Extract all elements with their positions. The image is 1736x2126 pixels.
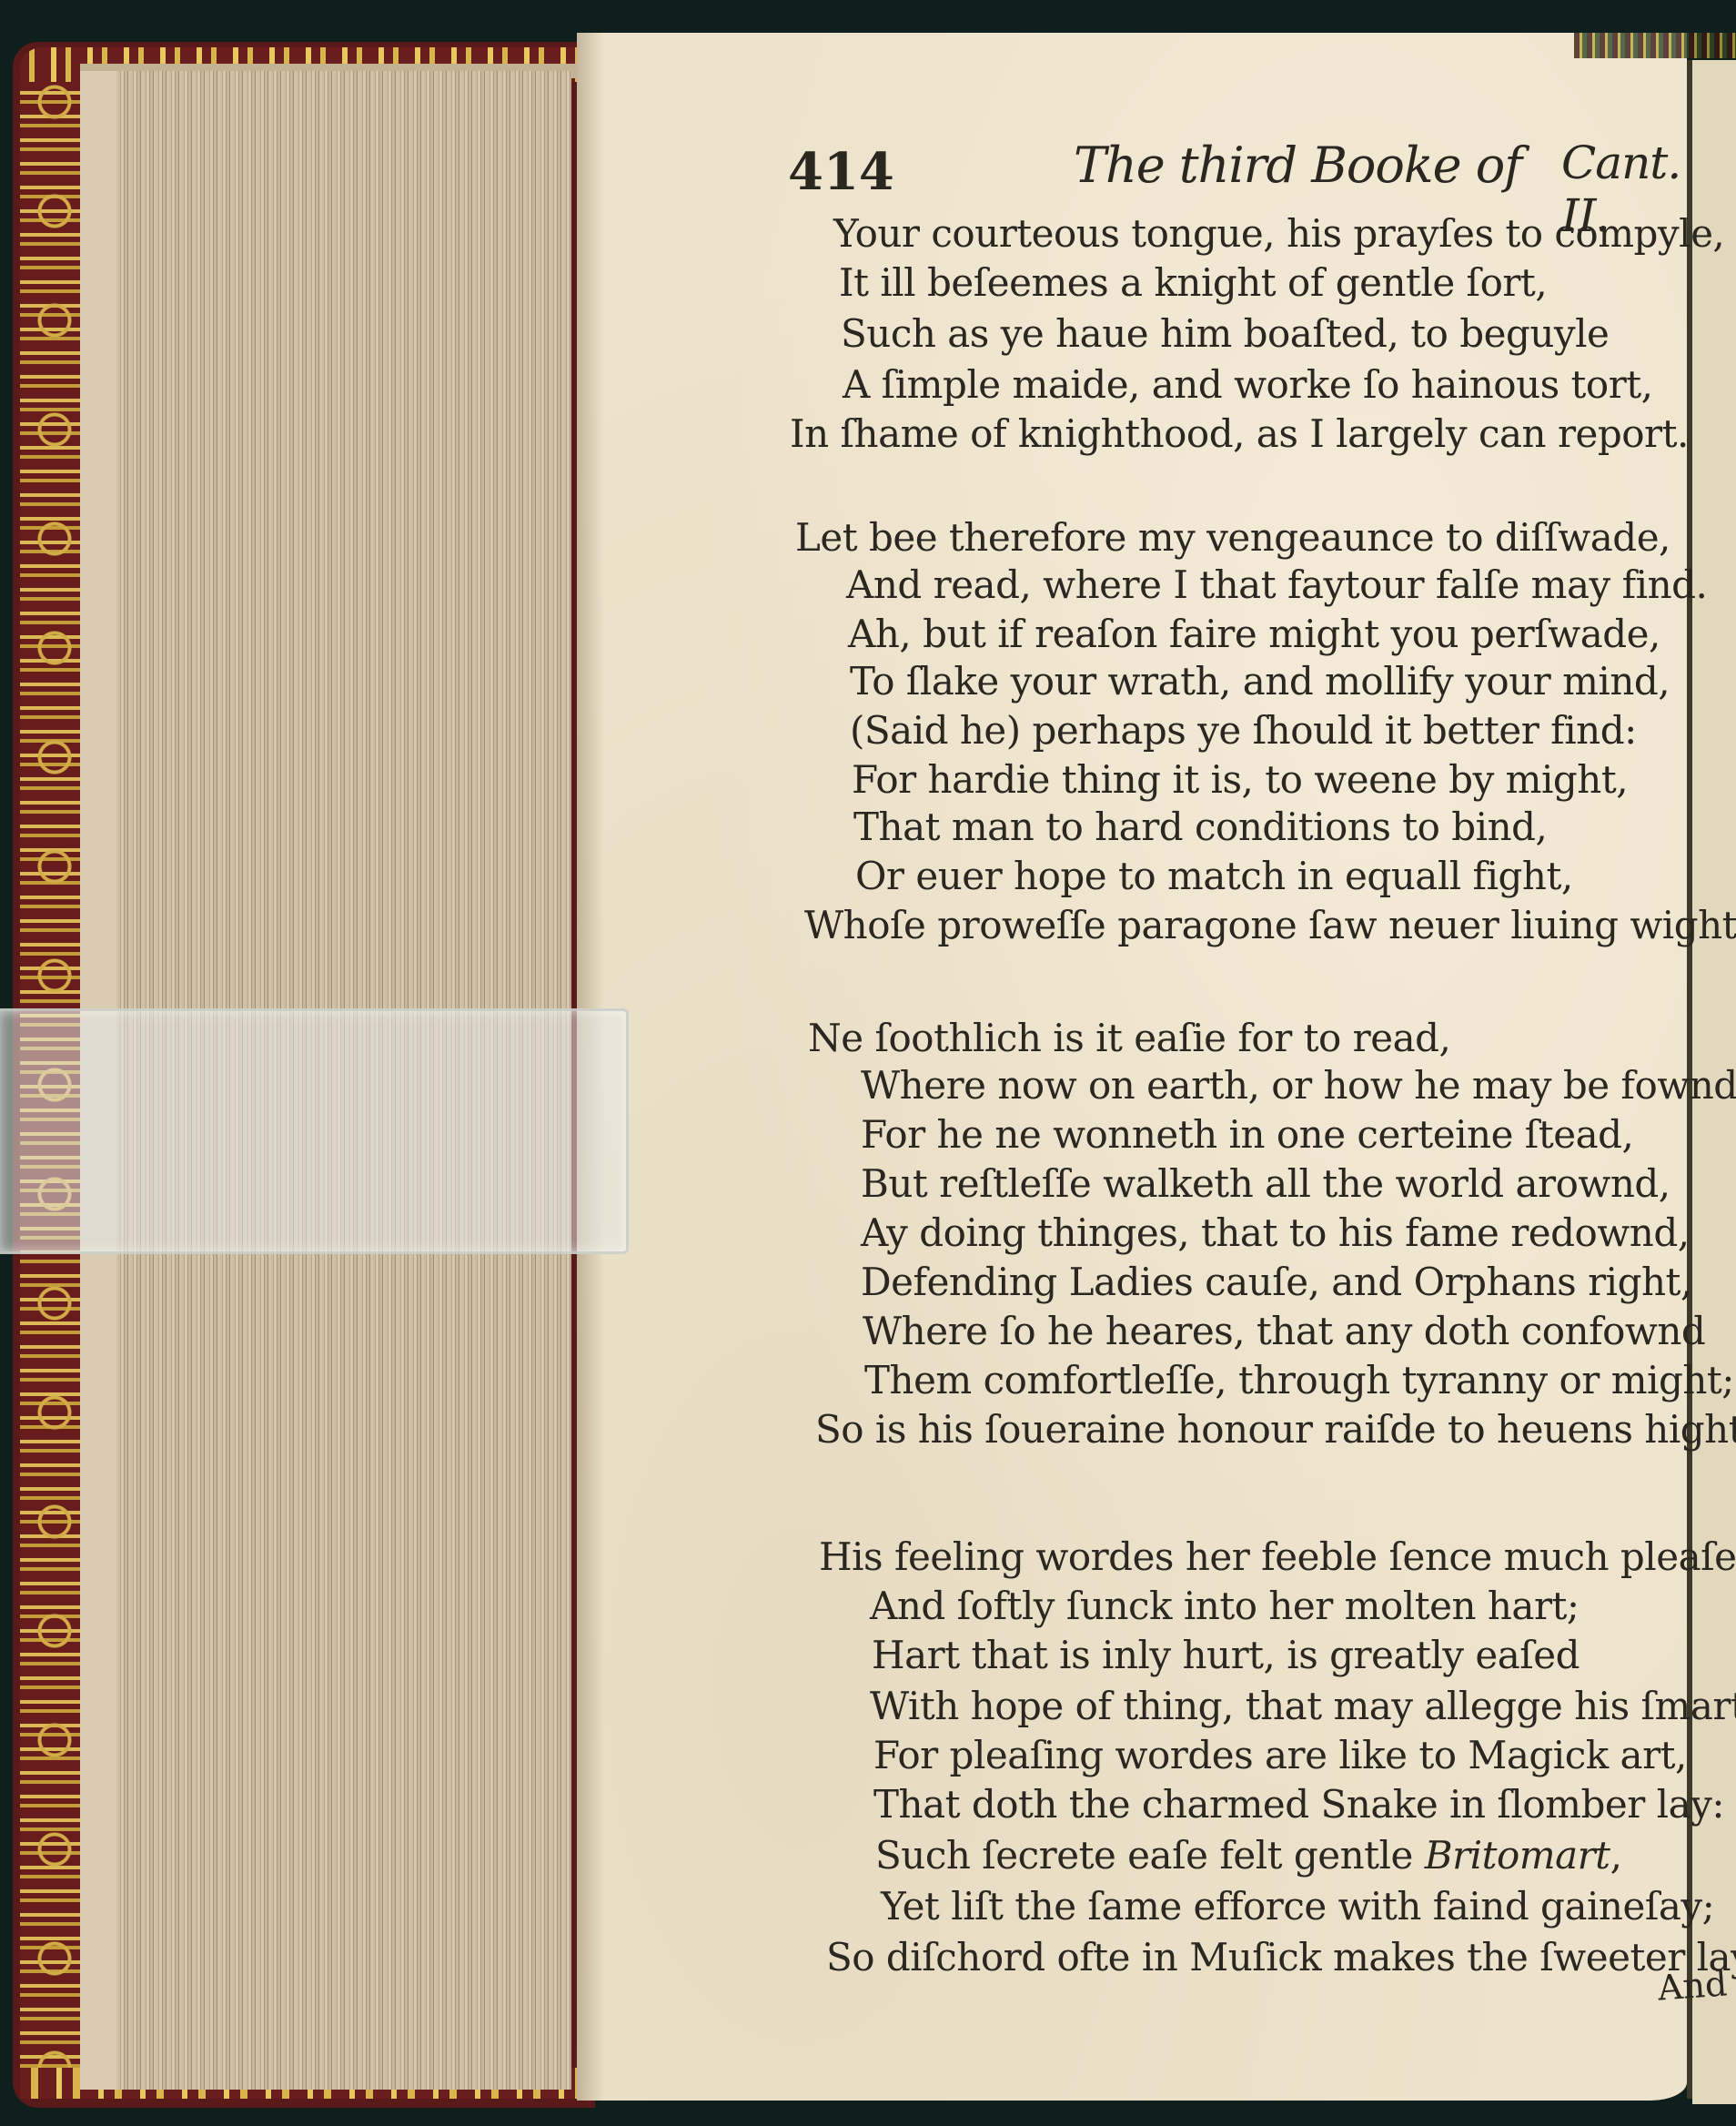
verse-line: That doth the charmed Snake in ſlomber l… [873, 1786, 1724, 1824]
verse-line: Where ſo he heares, that any doth confow… [863, 1312, 1705, 1351]
page-text: 414 The third Booke of Cant. II. Your co… [0, 0, 1736, 2126]
catchword: And [1657, 1963, 1729, 2008]
verse-line: Or euer hope to match in equall fight, [855, 857, 1573, 896]
verse-line: Such as ye haue him boaſted, to beguyle [841, 315, 1609, 353]
verse-line: Defending Ladies cauſe, and Orphans righ… [861, 1263, 1692, 1301]
italic-name-britomart: Britomart [1425, 1833, 1610, 1878]
verse-text: Such ſecrete eaſe felt gentle [875, 1833, 1425, 1878]
verse-line: (Said he) perhaps ye ſhould it better fi… [850, 712, 1637, 750]
verse-line: Ah, but if reaſon faire might you perſwa… [848, 615, 1660, 653]
running-title: The third Booke of [1074, 137, 1521, 194]
verse-line: Such ſecrete eaſe felt gentle Britomart, [875, 1837, 1621, 1875]
verse-line: With hope of thing, that may allegge his… [870, 1687, 1736, 1726]
verse-line: Your courteous tongue, his prayſes to co… [833, 215, 1724, 253]
verse-line: A ſimple maide, and worke ſo hainous tor… [843, 366, 1653, 404]
verse-line: Hart that is inly hurt, is greatly eaſed [872, 1636, 1580, 1675]
verse-line: For he ne wonneth in one certeine ſtead, [861, 1116, 1633, 1154]
page-number: 414 [788, 142, 894, 202]
verse-line: In ſhame of knighthood, as I largely can… [790, 415, 1689, 453]
verse-line: His feeling wordes her feeble ſence much… [819, 1538, 1736, 1576]
verse-line: Where now on earth, or how he may be fow… [861, 1067, 1736, 1105]
verse-line: To ſlake your wrath, and mollify your mi… [850, 663, 1670, 701]
verse-line: For pleaſing wordes are like to Magick a… [873, 1736, 1687, 1775]
verse-line: So diſchord ofte in Muſick makes the ſwe… [826, 1939, 1736, 1977]
verse-punctuation: , [1610, 1833, 1622, 1878]
verse-line: It ill beſeemes a knight of gentle ſort, [839, 264, 1547, 302]
verse-line: So is his ſoueraine honour raiſde to heu… [815, 1411, 1736, 1449]
verse-line: Yet liſt the ſame efforce with faind gai… [881, 1888, 1714, 1926]
verse-line: That man to hard conditions to bind, [853, 808, 1547, 846]
verse-line: But reſtleſſe walketh all the world arow… [861, 1165, 1670, 1203]
verse-line: Let bee therefore my vengeaunce to diſſw… [795, 519, 1670, 557]
verse-line: For hardie thing it is, to weene by migh… [852, 761, 1628, 799]
verse-line: And ſoftly ſunck into her molten hart; [870, 1587, 1580, 1625]
verse-line: Ay doing thinges, that to his fame redow… [861, 1214, 1690, 1252]
verse-line: Ne ſoothlich is it eaſie for to read, [808, 1019, 1450, 1058]
verse-line: Them comfortleſſe, through tyranny or mi… [864, 1362, 1734, 1400]
verse-line: Whoſe proweſſe paragone ſaw neuer liuing… [804, 906, 1736, 945]
verse-line: And read, where I that faytour falſe may… [846, 566, 1707, 604]
